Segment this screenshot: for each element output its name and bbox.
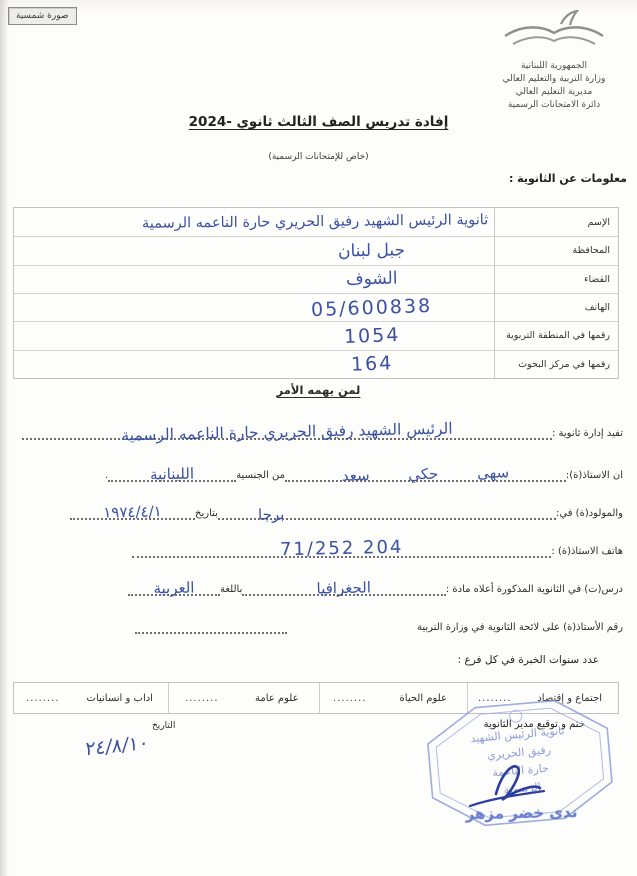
svg-text:ثانوية الرئيس الشهيد: ثانوية الرئيس الشهيد xyxy=(470,724,565,745)
row-label-district: القضاء xyxy=(494,265,618,293)
experience-heading: عدد سنوات الخبرة في كل فرع : xyxy=(458,654,599,666)
row-label-governorate: المحافظة xyxy=(494,236,618,264)
experience-value-literature-humanities: ........ xyxy=(14,683,71,713)
form-title: إفادة تدريس الصف الثالث ثانوي -2024 xyxy=(0,114,637,130)
subject-field: الجغرافيا xyxy=(242,579,445,596)
line-school-administration: تفيد إدارة ثانوية : الرئيس الشهيد رفيق ا… xyxy=(22,408,623,440)
row-label-name: الإسم xyxy=(494,208,618,236)
line-subject: درس(ت) في الثانوية المذكورة أعلاه مادة :… xyxy=(128,564,623,596)
birthplace-field: برجا xyxy=(218,503,556,520)
language-field: العربية xyxy=(128,579,220,596)
svg-text:حارة الناعمة: حارة الناعمة xyxy=(492,762,550,780)
experience-value-general-sciences: ........ xyxy=(168,683,234,713)
roster-number-field xyxy=(135,617,287,634)
experience-col-literature-humanities: اداب و انسانيات xyxy=(71,683,168,713)
handwritten-research-center-number: 164 xyxy=(351,353,394,376)
birthdate-label: بتاريخ xyxy=(195,508,218,520)
school-administration-field: الرئيس الشهيد رفيق الحريري حارة الناعمه … xyxy=(22,423,552,440)
handwritten-nationality: اللبنانية xyxy=(108,464,236,485)
birthplace-label: والمولود(ة) في: xyxy=(556,508,623,520)
concern-heading: لمن يهمه الأمر xyxy=(0,383,637,397)
row-value-phone: 05/600838 xyxy=(14,293,494,321)
row-value-research-center-number: 164 xyxy=(14,350,494,378)
handwritten-governorate: جبل لبنان xyxy=(338,240,405,261)
principal-name-stamp: ندى خضر مزهر xyxy=(424,802,619,823)
handwritten-school-phone: 05/600838 xyxy=(311,295,433,321)
handwritten-teacher-phone: 71/252 204 xyxy=(132,534,552,564)
birthdate-field: ١٩٧٤/٤/١ xyxy=(70,503,195,520)
row-value-edu-zone-number: 1054 xyxy=(14,321,494,349)
form-subtitle: (خاص للإمتحانات الرسمية) xyxy=(0,152,637,162)
handwritten-birthplace: برجا xyxy=(218,499,556,524)
handwritten-date: ٢٤/٨/١٠ xyxy=(42,727,192,765)
handwritten-school-admin: الرئيس الشهيد رفيق الحريري حارة الناعمه … xyxy=(22,417,552,446)
teacher-phone-label: هاتف الاستاذ(ة) : xyxy=(551,546,623,558)
header-line-directorate: مديرية التعليم العالي xyxy=(475,86,633,99)
line-teacher-name: ان الاستاذ(ة): سهى حكي سعد من الجنسية ال… xyxy=(105,450,623,482)
handwritten-subject: الجغرافيا xyxy=(242,577,446,599)
teacher-name-field: سهى حكي سعد xyxy=(285,465,566,482)
svg-text:رفيق الحريري: رفيق الحريري xyxy=(487,743,552,763)
ministry-book-logo-icon xyxy=(499,10,609,58)
nationality-field: اللبنانية xyxy=(108,465,236,482)
photo-placeholder-label: صورة شمسية xyxy=(16,11,69,21)
scan-edge-shadow xyxy=(0,0,9,876)
row-value-governorate: جبل لبنان xyxy=(14,236,494,264)
subject-label: درس(ت) في الثانوية المذكورة أعلاه مادة : xyxy=(446,584,623,596)
row-label-edu-zone-number: رقمها في المنطقة التربوية xyxy=(494,321,618,349)
school-administration-label: تفيد إدارة ثانوية : xyxy=(552,428,623,440)
row-value-name: ثانوية الرئيس الشهيد رفيق الحريري حارة ا… xyxy=(14,208,494,236)
line-teacher-phone: هاتف الاستاذ(ة) : 71/252 204 xyxy=(132,526,623,558)
handwritten-birthdate: ١٩٧٤/٤/١ xyxy=(70,502,195,523)
handwritten-language: العربية xyxy=(128,578,220,598)
handwritten-school-name: ثانوية الرئيس الشهيد رفيق الحريري حارة ا… xyxy=(142,212,488,232)
teacher-label: ان الاستاذ(ة): xyxy=(566,470,623,482)
header-line-ministry: وزارة التربية والتعليم العالي xyxy=(475,73,633,86)
ministry-header: الجمهورية اللبنانية وزارة التربية والتعل… xyxy=(475,10,633,112)
roster-number-field-line xyxy=(135,604,287,634)
line-roster-number: رقم الأستاذ(ة) على لائحة الثانوية في وزا… xyxy=(300,604,623,634)
handwritten-district: الشوف xyxy=(346,269,398,290)
row-value-district: الشوف xyxy=(14,265,494,293)
row-label-phone: الهاتف xyxy=(494,293,618,321)
handwritten-teacher-name: سهى حكي سعد xyxy=(285,462,566,486)
roster-number-label: رقم الأستاذ(ة) على لائحة الثانوية في وزا… xyxy=(417,622,623,634)
header-line-republic: الجمهورية اللبنانية xyxy=(475,60,633,73)
language-label: باللغة xyxy=(220,584,242,596)
teacher-phone-field: 71/252 204 xyxy=(132,541,551,558)
line-birth: والمولود(ة) في: برجا بتاريخ ١٩٧٤/٤/١ xyxy=(70,488,623,520)
experience-col-general-sciences: علوم عامة xyxy=(235,683,320,713)
scanned-form-page: صورة شمسية الجمهورية اللبنانية وزارة الت… xyxy=(0,0,637,876)
school-info-table: الإسم ثانوية الرئيس الشهيد رفيق الحريري … xyxy=(13,207,619,379)
photo-placeholder-box: صورة شمسية xyxy=(8,7,77,25)
experience-value-life-sciences: ........ xyxy=(319,683,379,713)
row-label-research-center-number: رقمها في مركز البحوث xyxy=(494,350,618,378)
school-info-heading: معلومات عن الثانوية : xyxy=(509,172,627,185)
handwritten-edu-zone-number: 1054 xyxy=(343,324,400,348)
header-line-exams-dept: دائرة الامتحانات الرسمية xyxy=(475,99,633,112)
nationality-label: من الجنسية xyxy=(236,470,285,482)
